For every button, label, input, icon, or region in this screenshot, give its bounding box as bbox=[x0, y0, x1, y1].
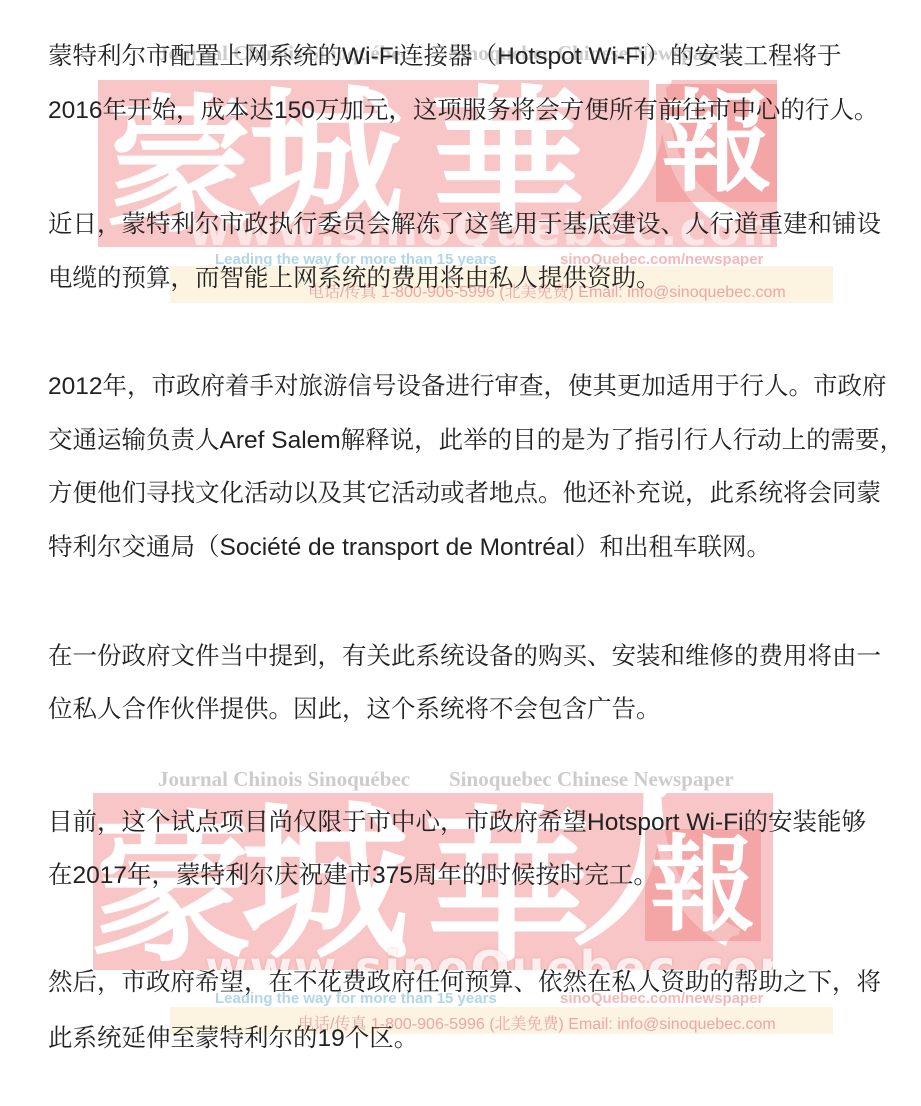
watermark-journal-fr-bottom: Journal Chinois Sinoquébec bbox=[158, 766, 410, 792]
article-line-6: 交通运输负责人Aref Salem解释说，此举的目的是为了指引行人行动上的需要， bbox=[48, 426, 904, 456]
article-line-5: 2012年，市政府着手对旅游信号设备进行审查，使其更加适用于行人。市政府 bbox=[48, 372, 887, 402]
article-line-8: 特利尔交通局（Société de transport de Montréal）… bbox=[48, 533, 771, 563]
masthead-char-bao: 報 bbox=[645, 829, 761, 941]
article-line-11: 目前，这个试点项目尚仅限于市中心，市政府希望Hotsport Wi-Fi的安装能… bbox=[48, 808, 866, 838]
newspaper-article-page: Journal Chinois Sinoquébec Sinoquebec Ch… bbox=[0, 0, 921, 1106]
article-line-14: 此系统延伸至蒙特利尔的19个区。 bbox=[48, 1024, 418, 1054]
article-line-3: 近日，蒙特利尔市政执行委员会解冻了这笔用于基底建设、人行道重建和铺设 bbox=[48, 210, 881, 240]
article-line-13: 然后，市政府希望，在不花费政府任何预算、依然在私人资助的帮助之下，将 bbox=[48, 968, 881, 998]
article-line-1: 蒙特利尔市配置上网系统的Wi-Fi连接器（Hotspot Wi-Fi）的安装工程… bbox=[48, 42, 842, 72]
article-line-12: 在2017年，蒙特利尔庆祝建市375周年的时候按时完工。 bbox=[48, 861, 658, 891]
website-watermark-bottom: www.sinoQuebec.com bbox=[205, 941, 773, 970]
article-line-10: 位私人合作伙伴提供。因此，这个系统将不会包含广告。 bbox=[48, 695, 661, 725]
article-line-4: 电缆的预算，而智能上网系统的费用将由私人提供资助。 bbox=[48, 264, 661, 294]
article-line-2: 2016年开始，成本达150万加元，这项服务将会方便所有前往市中心的行人。 bbox=[48, 96, 878, 126]
article-line-7: 方便他们寻找文化活动以及其它活动或者地点。他还补充说，此系统将会同蒙 bbox=[48, 479, 881, 509]
watermark-journal-en-bottom: Sinoquebec Chinese Newspaper bbox=[449, 766, 734, 792]
article-line-9: 在一份政府文件当中提到，有关此系统设备的购买、安装和维修的费用将由一 bbox=[48, 642, 881, 672]
